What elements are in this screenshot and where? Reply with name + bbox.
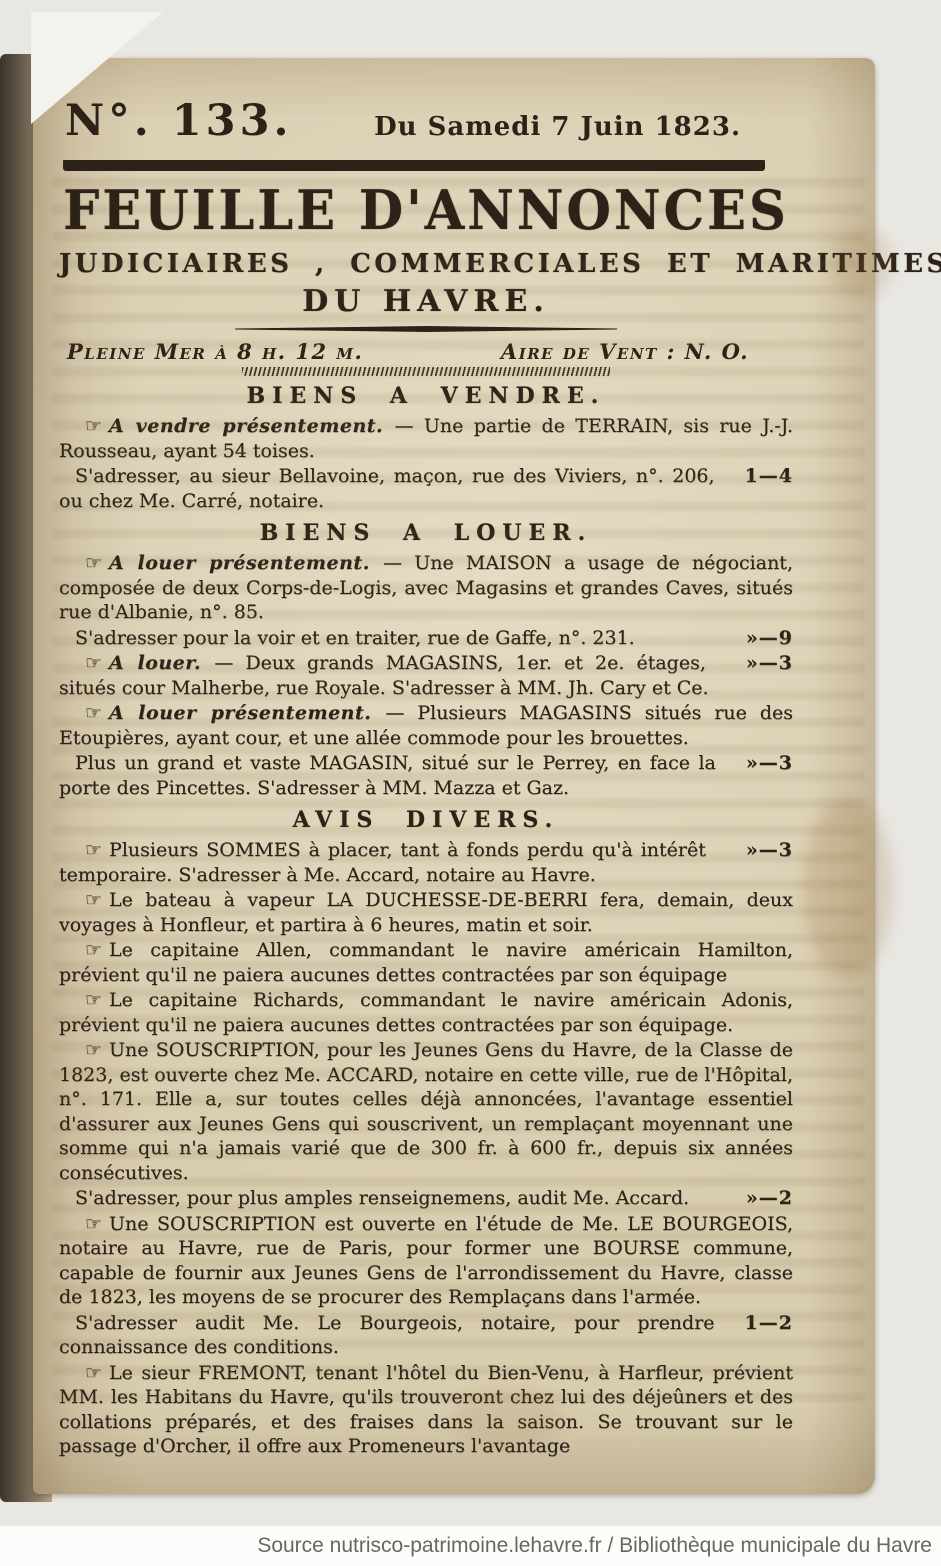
ad-paragraph: ☞Une SOUSCRIPTION, pour les Jeunes Gens … xyxy=(59,1038,793,1185)
ad-ref: »—3 xyxy=(706,838,793,863)
ad-ref: 1—2 xyxy=(715,1311,793,1336)
ad-paragraph: ☞A louer. »—3— Deux grands MAGASINS, 1er… xyxy=(59,651,793,700)
source-credit: Source nutrisco-patrimoine.lehavre.fr / … xyxy=(257,1534,932,1558)
masthead: N°. 133. Du Samedi 7 Juin 1823. FEUILLE … xyxy=(59,96,793,376)
swelled-rule xyxy=(235,326,617,332)
manicule-icon: ☞ xyxy=(85,415,102,437)
ad-paragraph: »—2S'adresser, pour plus amples renseign… xyxy=(59,1186,793,1211)
ad-paragraph: ☞A louer présentement. — Plusieurs MAGAS… xyxy=(59,701,793,750)
ad-lead: A louer. xyxy=(109,652,214,674)
masthead-region: DU HAVRE. xyxy=(59,284,793,319)
ad-paragraph: ☞Le capitaine Richards, commandant le na… xyxy=(59,988,793,1037)
manicule-icon: ☞ xyxy=(85,552,102,574)
manicule-icon: ☞ xyxy=(85,839,102,861)
manicule-icon: ☞ xyxy=(85,989,102,1011)
issue-date: Du Samedi 7 Juin 1823. xyxy=(374,112,741,142)
ad-paragraph: 1—4S'adresser, au sieur Bellavoine, maço… xyxy=(59,464,793,513)
section-heading: BIENS A LOUER. xyxy=(59,520,793,546)
manicule-icon: ☞ xyxy=(85,702,102,724)
ad-lead: A vendre présentement. xyxy=(109,415,395,437)
sections: BIENS A VENDRE.☞A vendre présentement. —… xyxy=(59,383,793,1459)
manicule-icon: ☞ xyxy=(85,889,102,911)
section-heading: AVIS DIVERS. xyxy=(59,807,793,833)
issue-row: N°. 133. Du Samedi 7 Juin 1823. xyxy=(59,96,793,146)
ad-paragraph: ☞A louer présentement. — Une MAISON a us… xyxy=(59,551,793,625)
ad-paragraph: ☞A vendre présentement. — Une partie de … xyxy=(59,414,793,463)
manicule-icon: ☞ xyxy=(85,1362,102,1384)
manicule-icon: ☞ xyxy=(85,652,102,674)
masthead-subtitle: JUDICIAIRES , COMMERCIALES ET MARITIMES xyxy=(59,249,793,279)
wind-direction: Aire de Vent : N. O. xyxy=(501,339,749,364)
masthead-rule xyxy=(63,160,765,171)
ad-paragraph: ☞Le bateau à vapeur LA DUCHESSE-DE-BERRI… xyxy=(59,888,793,937)
ad-ref: »—9 xyxy=(716,626,793,651)
manicule-icon: ☞ xyxy=(85,1039,102,1061)
ad-lead: A louer présentement. xyxy=(109,552,383,574)
squiggle-rule xyxy=(242,367,610,376)
source-footer: Source nutrisco-patrimoine.lehavre.fr / … xyxy=(0,1526,941,1566)
ad-paragraph: ☞Une SOUSCRIPTION est ouverte en l'étude… xyxy=(59,1212,793,1310)
tide-row: Pleine Mer à 8 h. 12 m. Aire de Vent : N… xyxy=(59,339,793,364)
ad-paragraph: ☞Le sieur FREMONT, tenant l'hôtel du Bie… xyxy=(59,1361,793,1459)
section-heading: BIENS A VENDRE. xyxy=(59,383,793,409)
ad-paragraph: ☞»—3Plusieurs SOMMES à placer, tant à fo… xyxy=(59,838,793,887)
manicule-icon: ☞ xyxy=(85,1213,102,1235)
ad-lead: A louer présentement. xyxy=(109,702,385,724)
ad-paragraph: 1—2S'adresser audit Me. Le Bourgeois, no… xyxy=(59,1311,793,1360)
ad-ref: 1—4 xyxy=(715,464,793,489)
ad-ref: »—3 xyxy=(716,751,793,776)
ad-paragraph: »—3Plus un grand et vaste MAGASIN, situé… xyxy=(59,751,793,800)
paper-stain xyxy=(803,798,893,978)
manicule-icon: ☞ xyxy=(85,939,102,961)
issue-number: N°. 133. xyxy=(65,96,292,146)
ad-ref: »—2 xyxy=(716,1186,793,1211)
high-tide-time: Pleine Mer à 8 h. 12 m. xyxy=(67,339,363,364)
masthead-title: FEUILLE D'ANNONCES xyxy=(59,179,793,243)
ad-ref: »—3 xyxy=(706,651,793,676)
newspaper-page: N°. 133. Du Samedi 7 Juin 1823. FEUILLE … xyxy=(33,58,875,1494)
ad-paragraph: ☞Le capitaine Allen, commandant le navir… xyxy=(59,938,793,987)
ad-paragraph: »—9S'adresser pour la voir et en traiter… xyxy=(59,626,793,651)
